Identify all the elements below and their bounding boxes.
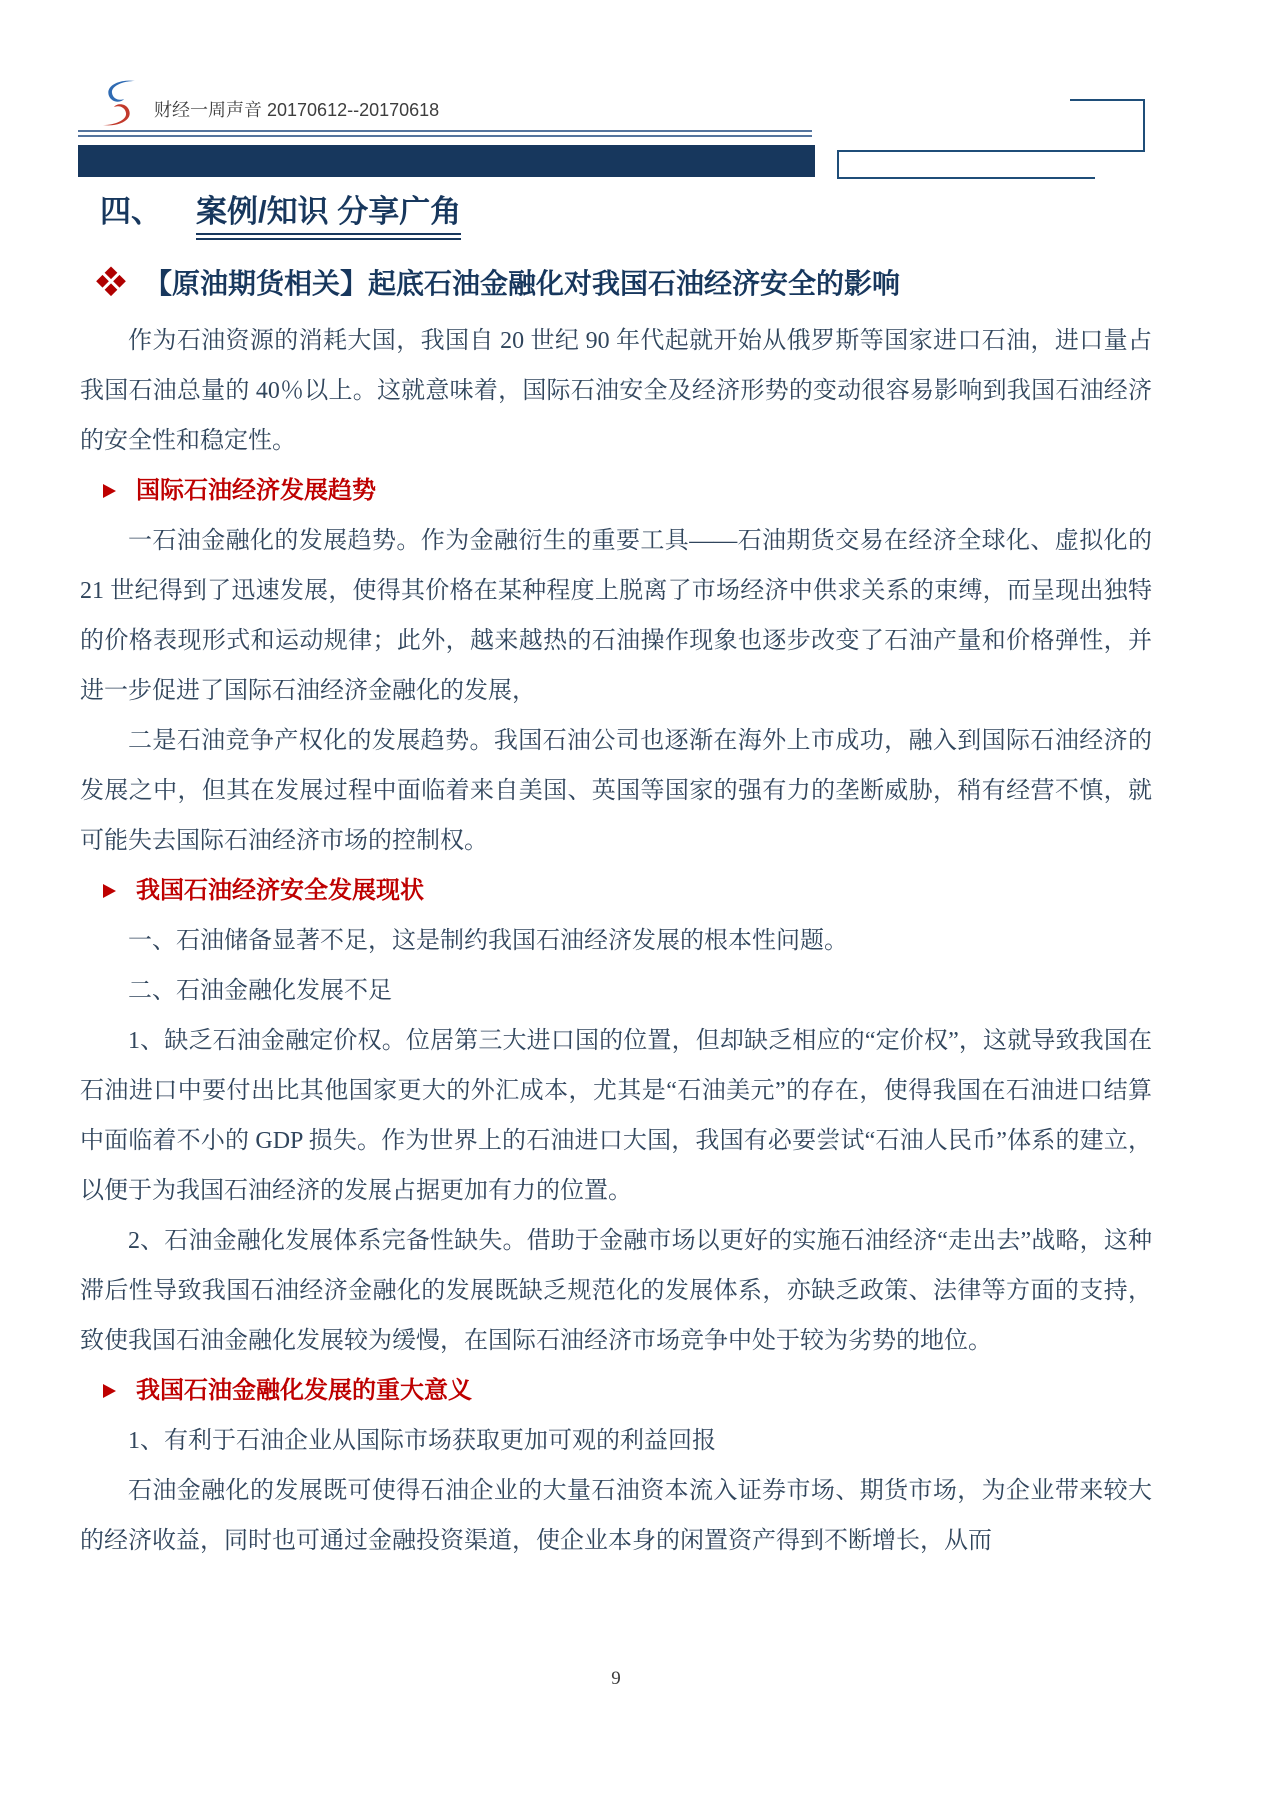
paragraph-text: 二是石油竞争产权化的发展趋势。我国石油公司也逐渐在海外上市成功，融入到国际石油经…: [80, 728, 1152, 854]
header-divider-rule: [78, 130, 812, 137]
deco-frame-line: [1143, 99, 1145, 152]
article-title: 【原油期货相关】起底石油金融化对我国石油经济安全的影响: [144, 262, 900, 302]
subsection-header-text: 我国石油金融化发展的重大意义: [136, 1366, 472, 1416]
paragraph-text: 1、有利于石油企业从国际市场获取更加可观的利益回报: [128, 1428, 716, 1454]
body-paragraph: 2、石油金融化发展体系完备性缺失。借助于金融市场以更好的实施石油经济“走出去”战…: [80, 1216, 1152, 1366]
brand-logo-icon: [98, 78, 140, 128]
paragraph-text: 作为石油资源的消耗大国，我国自 20 世纪 90 年代起就开始从俄罗斯等国家进口…: [80, 328, 1152, 454]
body-paragraph: 作为石油资源的消耗大国，我国自 20 世纪 90 年代起就开始从俄罗斯等国家进口…: [80, 316, 1152, 466]
article-body: 作为石油资源的消耗大国，我国自 20 世纪 90 年代起就开始从俄罗斯等国家进口…: [80, 316, 1152, 1566]
deco-frame-line: [837, 150, 839, 179]
diamond-bullet-icon: [95, 266, 126, 297]
body-paragraph: 石油金融化的发展既可使得石油企业的大量石油资本流入证券市场、期货市场，为企业带来…: [80, 1466, 1152, 1566]
paragraph-text: 一石油金融化的发展趋势。作为金融衍生的重要工具——石油期货交易在经济全球化、虚拟…: [80, 528, 1152, 704]
page-number: 9: [80, 1668, 1152, 1690]
header-brand-text: 财经一周声音 20170612--20170618: [154, 96, 439, 122]
section-number: 四、: [100, 194, 162, 230]
paragraph-text: 1、缺乏石油金融定价权。位居第三大进口国的位置，但却缺乏相应的“定价权”，这就导…: [80, 1028, 1152, 1204]
body-paragraph: 一石油金融化的发展趋势。作为金融衍生的重要工具——石油期货交易在经济全球化、虚拟…: [80, 516, 1152, 716]
deco-frame-line: [837, 150, 1145, 152]
header-navy-bar: [78, 145, 815, 177]
subsection-header-text: 我国石油经济安全发展现状: [136, 866, 424, 916]
paragraph-text: 一、石油储备显著不足，这是制约我国石油经济发展的根本性问题。: [128, 928, 848, 954]
article-title-row: 【原油期货相关】起底石油金融化对我国石油经济安全的影响: [100, 262, 900, 302]
paragraph-text: 石油金融化的发展既可使得石油企业的大量石油资本流入证券市场、期货市场，为企业带来…: [80, 1478, 1152, 1554]
deco-frame-line: [837, 177, 1095, 179]
subsection-header-text: 国际石油经济发展趋势: [136, 466, 376, 516]
subsection-header: 我国石油经济安全发展现状: [80, 866, 1152, 916]
arrow-bullet-icon: [100, 481, 119, 501]
document-page: 财经一周声音 20170612--20170618 四、 案例/知识 分享广角 …: [0, 0, 1273, 1800]
section-heading: 四、 案例/知识 分享广角: [100, 194, 461, 240]
section-title: 案例/知识 分享广角: [196, 194, 461, 240]
body-paragraph: 二、石油金融化发展不足: [80, 966, 1152, 1016]
body-paragraph: 1、有利于石油企业从国际市场获取更加可观的利益回报: [80, 1416, 1152, 1466]
body-paragraph: 1、缺乏石油金融定价权。位居第三大进口国的位置，但却缺乏相应的“定价权”，这就导…: [80, 1016, 1152, 1216]
subsection-header: 国际石油经济发展趋势: [80, 466, 1152, 516]
arrow-bullet-icon: [100, 1381, 119, 1401]
paragraph-text: 2、石油金融化发展体系完备性缺失。借助于金融市场以更好的实施石油经济“走出去”战…: [80, 1228, 1152, 1354]
arrow-bullet-icon: [100, 881, 119, 901]
subsection-header: 我国石油金融化发展的重大意义: [80, 1366, 1152, 1416]
body-paragraph: 一、石油储备显著不足，这是制约我国石油经济发展的根本性问题。: [80, 916, 1152, 966]
body-paragraph: 二是石油竞争产权化的发展趋势。我国石油公司也逐渐在海外上市成功，融入到国际石油经…: [80, 716, 1152, 866]
deco-frame-line: [1070, 99, 1145, 101]
paragraph-text: 二、石油金融化发展不足: [128, 978, 392, 1004]
